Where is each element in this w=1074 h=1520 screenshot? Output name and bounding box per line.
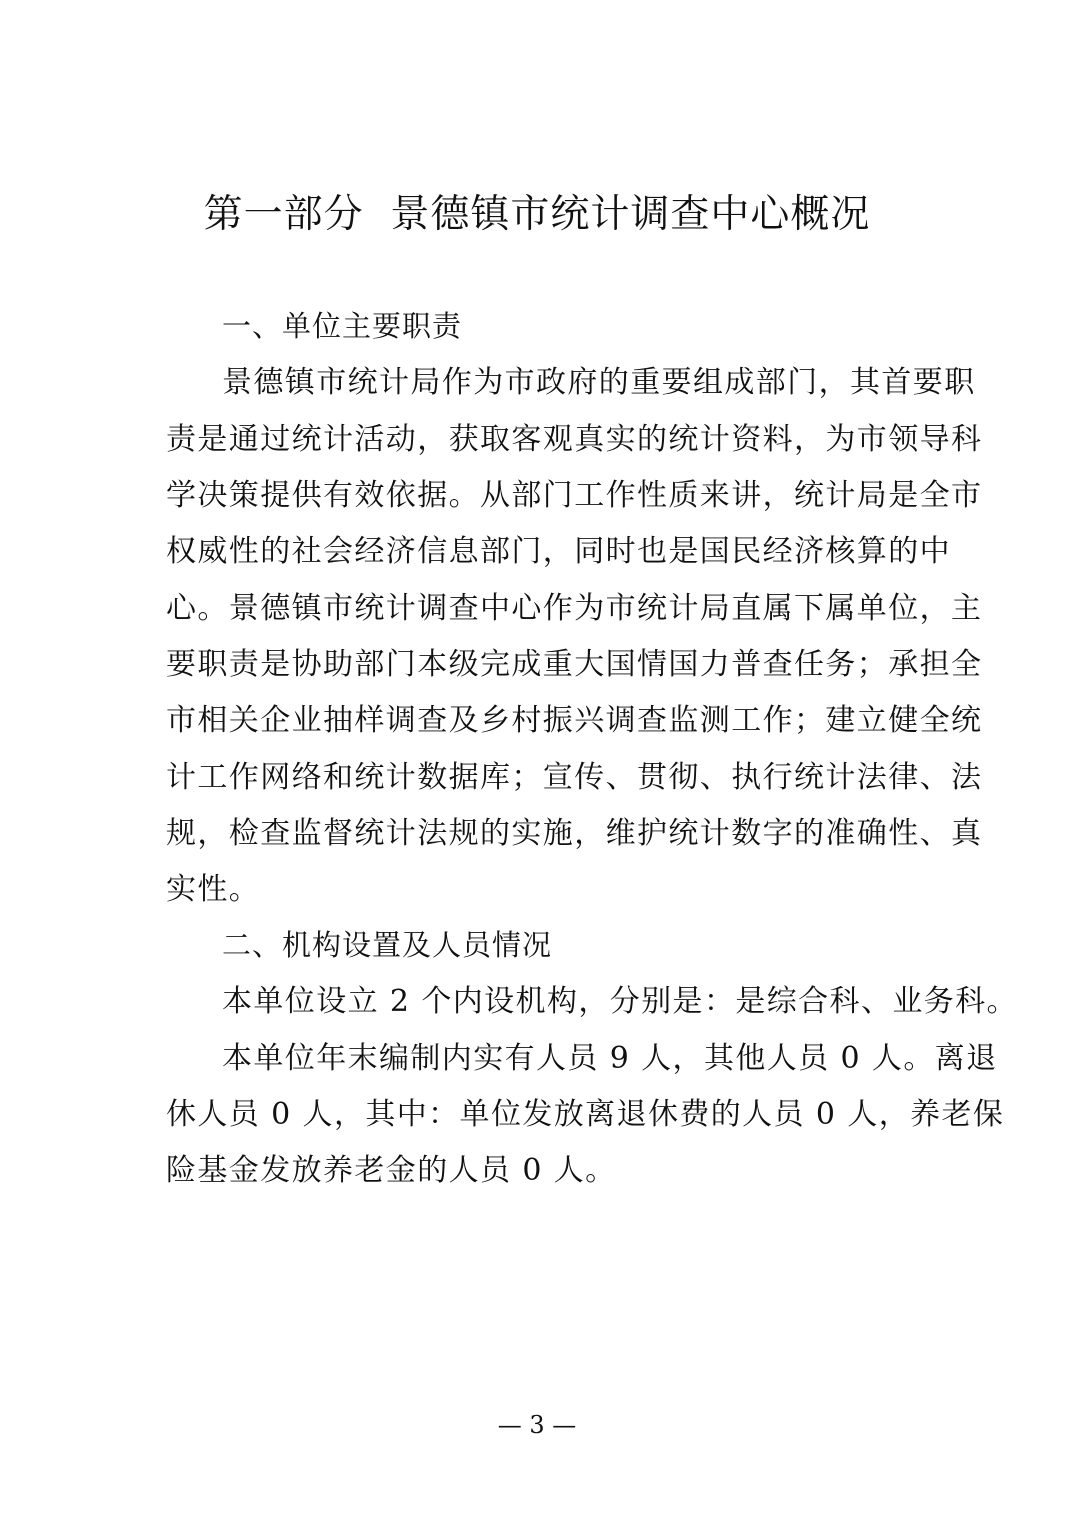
paragraph-line: 景德镇市统计局作为市政府的重要组成部门，其首要职 [222,363,982,403]
page-number: — 3 — [0,1408,1074,1442]
page-title: 第一部分 景德镇市统计调查中心概况 [0,190,1074,240]
paragraph-line: 休人员 0 人，其中：单位发放离退休费的人员 0 人，养老保 [166,1095,926,1135]
paragraph-line: 心。景德镇市统计调查中心作为市统计局直属下属单位，主 [166,589,926,629]
paragraph-line: 本单位年末编制内实有人员 9 人，其他人员 0 人。离退 [222,1039,982,1079]
paragraph-line: 计工作网络和统计数据库；宣传、贯彻、执行统计法律、法 [166,758,926,798]
paragraph-line: 责是通过统计活动，获取客观真实的统计资料，为市领导科 [166,420,926,460]
paragraph-line: 学决策提供有效依据。从部门工作性质来讲，统计局是全市 [166,476,926,516]
paragraph-line: 权威性的社会经济信息部门，同时也是国民经济核算的中 [166,532,926,572]
section-heading-organization: 二、机构设置及人员情况 [222,925,982,965]
paragraph-line: 市相关企业抽样调查及乡村振兴调查监测工作；建立健全统 [166,701,926,741]
section-heading-duties: 一、单位主要职责 [222,306,982,346]
paragraph-line: 要职责是协助部门本级完成重大国情国力普查任务；承担全 [166,645,926,685]
paragraph-line: 实性。 [166,870,926,910]
paragraph-line: 规，检查监督统计法规的实施，维护统计数字的准确性、真 [166,814,926,854]
paragraph-line: 本单位设立 2 个内设机构，分别是：是综合科、业务科。 [222,982,982,1022]
document-page: 第一部分 景德镇市统计调查中心概况 一、单位主要职责 景德镇市统计局作为市政府的… [0,0,1074,1520]
paragraph-line: 险基金发放养老金的人员 0 人。 [166,1151,926,1191]
